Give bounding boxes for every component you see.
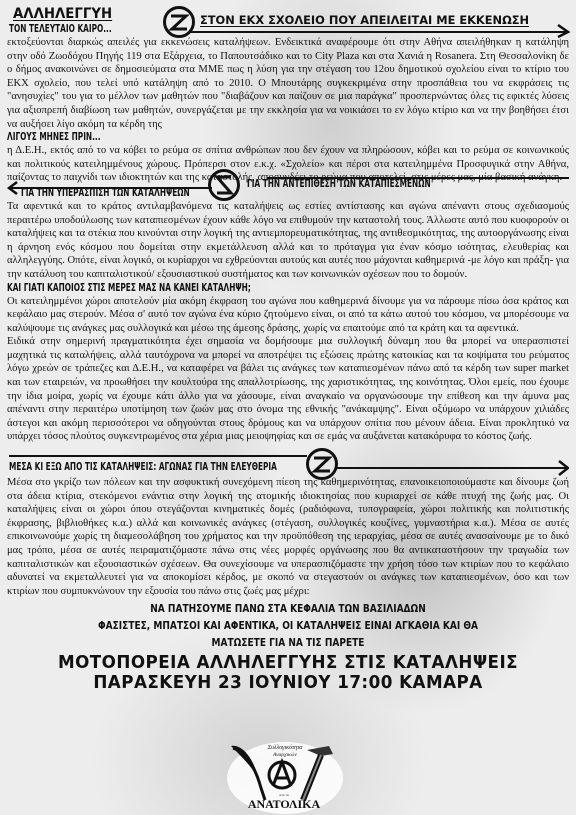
svg-text:Αναρχικών: Αναρχικών [272, 752, 297, 758]
section-heading-why: ΚΑΙ ΓΙΑΤΙ ΚΑΠΟΙΟΣ ΣΤΙΣ ΜΕΡΕΣ ΜΑΣ ΝΑ ΚΑΝΕ… [7, 282, 445, 295]
poster: ΑΛΛΗΛΕΓΓΥΗ ΣΤΟΝ ΕΚΧ ΣΧΟΛΕΙΟ ΠΟΥ ΑΠΕΙΛΕΙΤ… [0, 0, 576, 693]
header-title-left: ΑΛΛΗΛΕΓΓΥΗ [13, 6, 112, 22]
divider-freedom: ΜΕΣΑ ΚΙ ΕΞΩ ΑΠΟ ΤΙΣ ΚΑΤΑΛΗΨΕΙΣ: ΑΓΩΝΑΣ Γ… [7, 450, 569, 476]
event-announcement: ΜΟΤΟΠΟΡΕΙΑ ΑΛΛΗΛΕΓΓΥΗΣ ΣΤΙΣ ΚΑΤΑΛΗΨΕΙΣ Π… [7, 653, 569, 693]
slogan: ΝΑ ΠΑΤΗΣΟΥΜΕ ΠΑΝΩ ΣΤΑ ΚΕΦΑΛΙΑ ΤΩΝ ΒΑΣΙΛΙ… [58, 600, 519, 617]
slogan: ΜΑΤΩΣΕΤΕ ΓΙΑ ΝΑ ΤΙΣ ΠΑΡΕΤΕ [58, 634, 519, 651]
arrow-right-icon [190, 24, 573, 38]
section-heading-freedom: ΜΕΣΑ ΚΙ ΕΞΩ ΑΠΟ ΤΙΣ ΚΑΤΑΛΗΨΕΙΣ: ΑΓΩΝΑΣ Γ… [9, 461, 277, 474]
svg-text:Συλλογικότητα: Συλλογικότητα [267, 745, 304, 751]
paragraph-recent: εκτοξεύονται διαρκώς απειλές για εκκενώσ… [7, 36, 569, 131]
divider-defense: ΓΙΑ ΤΗΝ ΥΠΕΡΑΣΠΙΣΗ ΤΩΝ ΚΑΤΑΛΗΨΕΩΝ ΓΙΑ ΤΗ… [7, 172, 569, 200]
section-heading-defense: ΓΙΑ ΤΗΝ ΥΠΕΡΑΣΠΙΣΗ ΤΩΝ ΚΑΤΑΛΗΨΕΩΝ [21, 187, 190, 200]
circled-s-squat-icon [207, 168, 241, 202]
event-title: ΜΟΤΟΠΟΡΕΙΑ ΑΛΛΗΛΕΓΓΥΗΣ ΣΤΙΣ ΚΑΤΑΛΗΨΕΙΣ [27, 653, 550, 673]
slogans: ΝΑ ΠΑΤΗΣΟΥΜΕ ΠΑΝΩ ΣΤΑ ΚΕΦΑΛΙΑ ΤΩΝ ΒΑΣΙΛΙ… [7, 600, 569, 651]
circled-z-squat-icon [305, 447, 339, 481]
slogan: ΦΑΣΙΣΤΕΣ, ΜΠΑΤΣΟΙ ΚΑΙ ΑΦΕΝΤΙΚΑ, ΟΙ ΚΑΤΑΛ… [58, 617, 519, 634]
paragraph-why-1: Οι κατειλημμένοι χώροι αποτελούν μία ακό… [7, 295, 569, 336]
section-heading-counterattack: ΓΙΑ ΤΗΝ ΑΝΤΕΠΙΘΕΣΗ ΤΩΝ ΚΑΤΑΠΙΕΣΜΕΝΩΝ [247, 178, 431, 191]
paragraph-why-2: Ειδικά στην σημερινή πραγματικότητα έχει… [7, 335, 569, 444]
paragraph-defense: Τα αφεντικά και το κράτος αντιλαμβανόμεν… [7, 200, 569, 282]
group-logo: Συλλογικότητα Αναρχικών από τα ΑΝΑΤΟΛΙΚΑ [225, 740, 345, 815]
event-details: ΠΑΡΑΣΚΕΥΗ 23 ΙΟΥΝΙΟΥ 17:00 ΚΑΜΑΡΑ [27, 673, 550, 693]
header: ΑΛΛΗΛΕΓΓΥΗ ΣΤΟΝ ΕΚΧ ΣΧΟΛΕΙΟ ΠΟΥ ΑΠΕΙΛΕΙΤ… [7, 0, 569, 36]
svg-text:ΑΝΑΤΟΛΙΚΑ: ΑΝΑΤΟΛΙΚΑ [248, 797, 321, 811]
section-heading-months-ago: ΛΙΓΟΥΣ ΜΗΝΕΣ ΠΡΙΝ... [7, 131, 445, 144]
paragraph-freedom: Μέσα στο γκρίζο των πόλεων και την ασφυκ… [7, 476, 569, 598]
section-heading-recent: ΤΟΝ ΤΕΛΕΥΤΑΙΟ ΚΑΙΡΟ... [9, 23, 112, 36]
